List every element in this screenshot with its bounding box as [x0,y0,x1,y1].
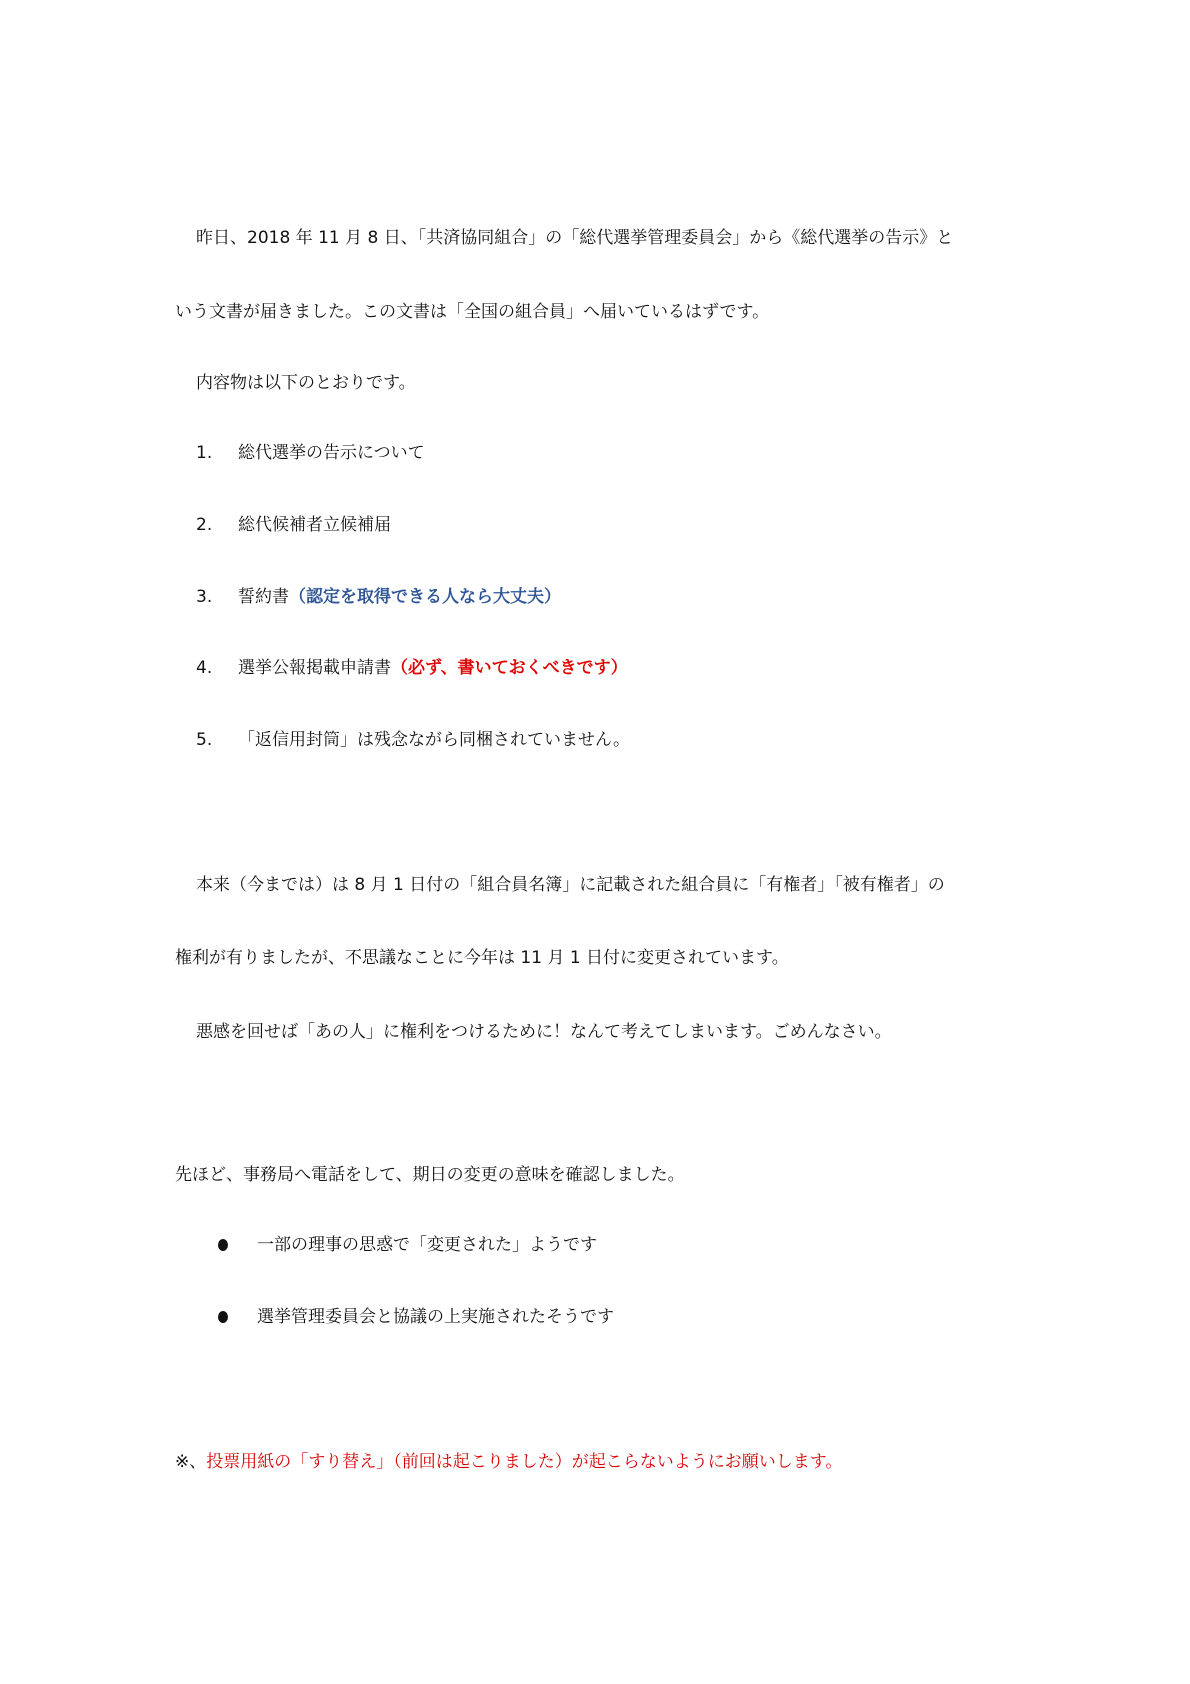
paragraph1-line2: いう文書が届きました。この文書は「全国の組合員」へ届いているはずです。 [175,300,769,324]
list-text-with-note: 選挙公報掲載申請書（必ず、書いておくべきです） [238,656,628,680]
note-text: 投票用紙の「すり替え」（前回は起こりました）が起こらないようにお願いします。 [206,1452,842,1472]
closing-note: ※、投票用紙の「すり替え」（前回は起こりました）が起こらないようにお願いします。 [175,1450,842,1474]
paragraph2-line2: 権利が有りましたが、不思議なことに今年は 11 月 1 日付に変更されています。 [175,946,789,970]
bullet-text: 選挙管理委員会と協議の上実施されたそうです [257,1305,614,1329]
list-text: 選挙公報掲載申請書 [238,658,391,678]
note-prefix: ※、 [175,1452,206,1472]
bullet-dot-icon [218,1311,228,1323]
list-text: 総代候補者立候補届 [238,513,391,537]
list-number: 2. [196,513,212,537]
list-number: 4. [196,656,212,680]
list-number: 5. [196,728,212,752]
paragraph2-line3: 悪感を回せば「あの人」に権利をつけるために！なんて考えてしまいます。ごめんなさい… [196,1020,892,1044]
contents-intro: 内容物は以下のとおりです。 [196,371,416,395]
list-note-blue: （認定を取得できる人なら大丈夫） [289,587,561,607]
list-number: 1. [196,441,212,465]
bullet-dot-icon [218,1239,228,1251]
list-text: 「返信用封筒」は残念ながら同梱されていません。 [238,728,630,752]
list-text: 総代選挙の告示について [238,441,425,465]
list-text-with-note: 誓約書（認定を取得できる人なら大丈夫） [238,585,561,609]
list-number: 3. [196,585,212,609]
bullet-text: 一部の理事の思惑で「変更された」ようです [257,1233,597,1257]
paragraph1-line1: 昨日、2018 年 11 月 8 日、「共済協同組合」の「総代選挙管理委員会」か… [196,226,953,250]
list-text: 誓約書 [238,587,289,607]
paragraph2-line1: 本来（今までは）は 8 月 1 日付の「組合員名簿」に記載された組合員に「有権者… [196,873,945,897]
paragraph3-intro: 先ほど、事務局へ電話をして、期日の変更の意味を確認しました。 [175,1163,685,1187]
list-note-red: （必ず、書いておくべきです） [391,658,628,678]
